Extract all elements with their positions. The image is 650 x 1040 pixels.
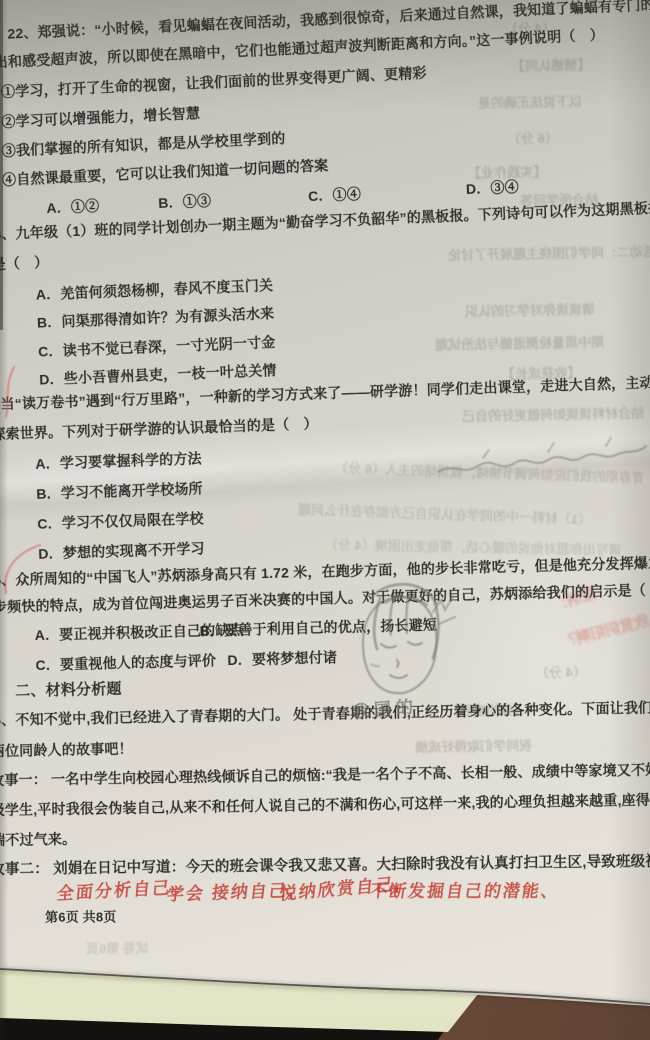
question-22-choice-b: B．①③ (158, 191, 212, 213)
question-23-stem-line2: 是（ ） (0, 252, 49, 274)
pencil-scrawl (428, 424, 650, 484)
question-22-choice-d: D．③④ (466, 177, 520, 199)
page-bottom-edge (0, 955, 650, 1025)
page-number-text: 第6页 共8页 (45, 906, 117, 925)
bleedthrough-text: 以下说法正确的是 (478, 91, 582, 112)
photo-left-edge-shadow (0, 0, 3, 330)
bleedthrough-text: （2）结合材料谈谈如何做更好的自己 (462, 402, 650, 425)
question-26-line2: 两位同龄人的故事吧！ (0, 738, 133, 761)
red-note-part4: 不断发掘自己的潜能、 (369, 877, 562, 902)
section-heading-text: 二、材料分析题 (15, 677, 122, 700)
bleedthrough-text: 活动二：同学们围绕主题展开了讨论 (448, 241, 650, 264)
question-22-choice-a: A．①② (46, 196, 100, 218)
bleedthrough-text: 【情感认同】 (512, 54, 590, 74)
story-one-line3: 喘不过气来。 (0, 829, 76, 850)
photo-of-exam-page: { "colors":{"paper":"#d6d3cc","ink":"#2e… (0, 0, 650, 1040)
red-pen-margin-marks (0, 355, 60, 605)
bleedthrough-text: 请谈谈你对学习的认识 (465, 299, 595, 320)
question-25-choice-d: D．要将梦想付诸 (227, 647, 337, 670)
bleedthrough-text: （6 分） (508, 128, 558, 148)
bleedthrough-text: （4 分） (536, 662, 586, 682)
question-22-choice-c: C．①④ (308, 184, 362, 206)
bleedthrough-text: 期中质量检测道德与法治试题 (435, 332, 604, 354)
bleedthrough-text: 祝同学们取得好成绩 (415, 735, 532, 756)
